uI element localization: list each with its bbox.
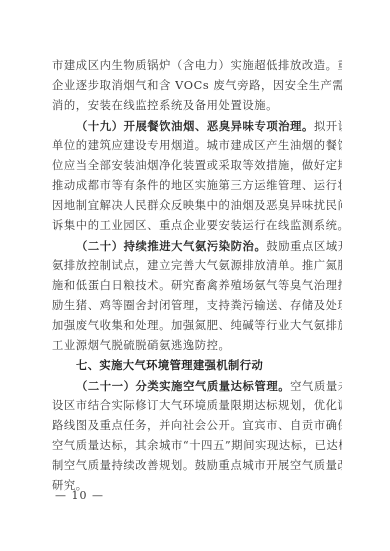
section-20-first-line: （二十）持续推进大气氨污染防治。鼓励重点区域开展大气: [52, 236, 342, 256]
chapter-7-heading: 七、实施大气环境管理建强机制行动: [52, 356, 342, 376]
paragraph-line: 因地制宜解决人民群众反映集中的油烟及恶臭异味扰民问题，投: [52, 196, 342, 216]
paragraph-line: 路线图及重点任务，并向社会公开。宜宾市、自贡市确保 2027 年: [52, 416, 342, 436]
section-20-text: 鼓励重点区域开展大气: [266, 240, 342, 253]
document-page: 市建成区内生物质锅炉（含电力）实施超低排放改造。重点涉气 企业逐步取消烟气和含 …: [0, 0, 390, 551]
section-21-text: 空气质量未达标的: [290, 380, 342, 393]
paragraph-line: 推动成都市等有条件的地区实施第三方运维管理、运行状态监控。: [52, 176, 342, 196]
page-number: — 10 —: [55, 489, 104, 502]
section-21-first-line: （二十一）分类实施空气质量达标管理。空气质量未达标的: [52, 376, 342, 396]
paragraph-line: 空气质量达标，其余城市“十四五”期间实现达标，已达标城市编: [52, 436, 342, 456]
section-19-text: 拟开设餐饮服务: [314, 120, 342, 133]
paragraph-line: 诉集中的工业园区、重点企业要安装运行在线监测系统。: [52, 216, 342, 236]
paragraph-line: 设区市结合实际修订大气环境质量限期达标规划，优化调整达标: [52, 396, 342, 416]
paragraph-line: 励生猪、鸡等圈舍封闭管理，支持粪污输送、存储及处理设施封闭，: [52, 296, 342, 316]
paragraph-line: 工业源烟气脱硫脱硝氨逃逸防控。: [52, 336, 342, 356]
section-21-title: （二十一）分类实施空气质量达标管理。: [76, 379, 290, 393]
paragraph-line: 消的，安装在线监控系统及备用处置设施。: [52, 96, 342, 116]
section-20-title: （二十）持续推进大气氨污染防治。: [76, 239, 266, 253]
section-19-first-line: （十九）开展餐饮油烟、恶臭异味专项治理。拟开设餐饮服务: [52, 116, 342, 136]
paragraph-line: 市建成区内生物质锅炉（含电力）实施超低排放改造。重点涉气: [52, 56, 342, 76]
paragraph-line: 位应当全部安装油烟净化装置或采取等效措施，做好定期维护。: [52, 156, 342, 176]
paragraph-line: 氨排放控制试点，建立完善大气氨源排放清单。推广氮肥机械深: [52, 256, 342, 276]
paragraph-line: 企业逐步取消烟气和含 VOCs 废气旁路，因安全生产需要无法取: [52, 76, 342, 96]
paragraph-line: 单位的建筑应建设专用烟道。城市建成区产生油烟的餐饮服务单: [52, 136, 342, 156]
paragraph-line: 加强废气收集和处理。加强氮肥、纯碱等行业大气氨排放治理及: [52, 316, 342, 336]
paragraph-line: 施和低蛋白日粮技术。研究畜禽养殖场氨气等臭气治理措施，鼓: [52, 276, 342, 296]
section-19-title: （十九）开展餐饮油烟、恶臭异味专项治理。: [76, 119, 314, 133]
paragraph-line: 制空气质量持续改善规划。鼓励重点城市开展空气质量改善路径: [52, 456, 342, 476]
body-text: 市建成区内生物质锅炉（含电力）实施超低排放改造。重点涉气 企业逐步取消烟气和含 …: [52, 56, 342, 496]
